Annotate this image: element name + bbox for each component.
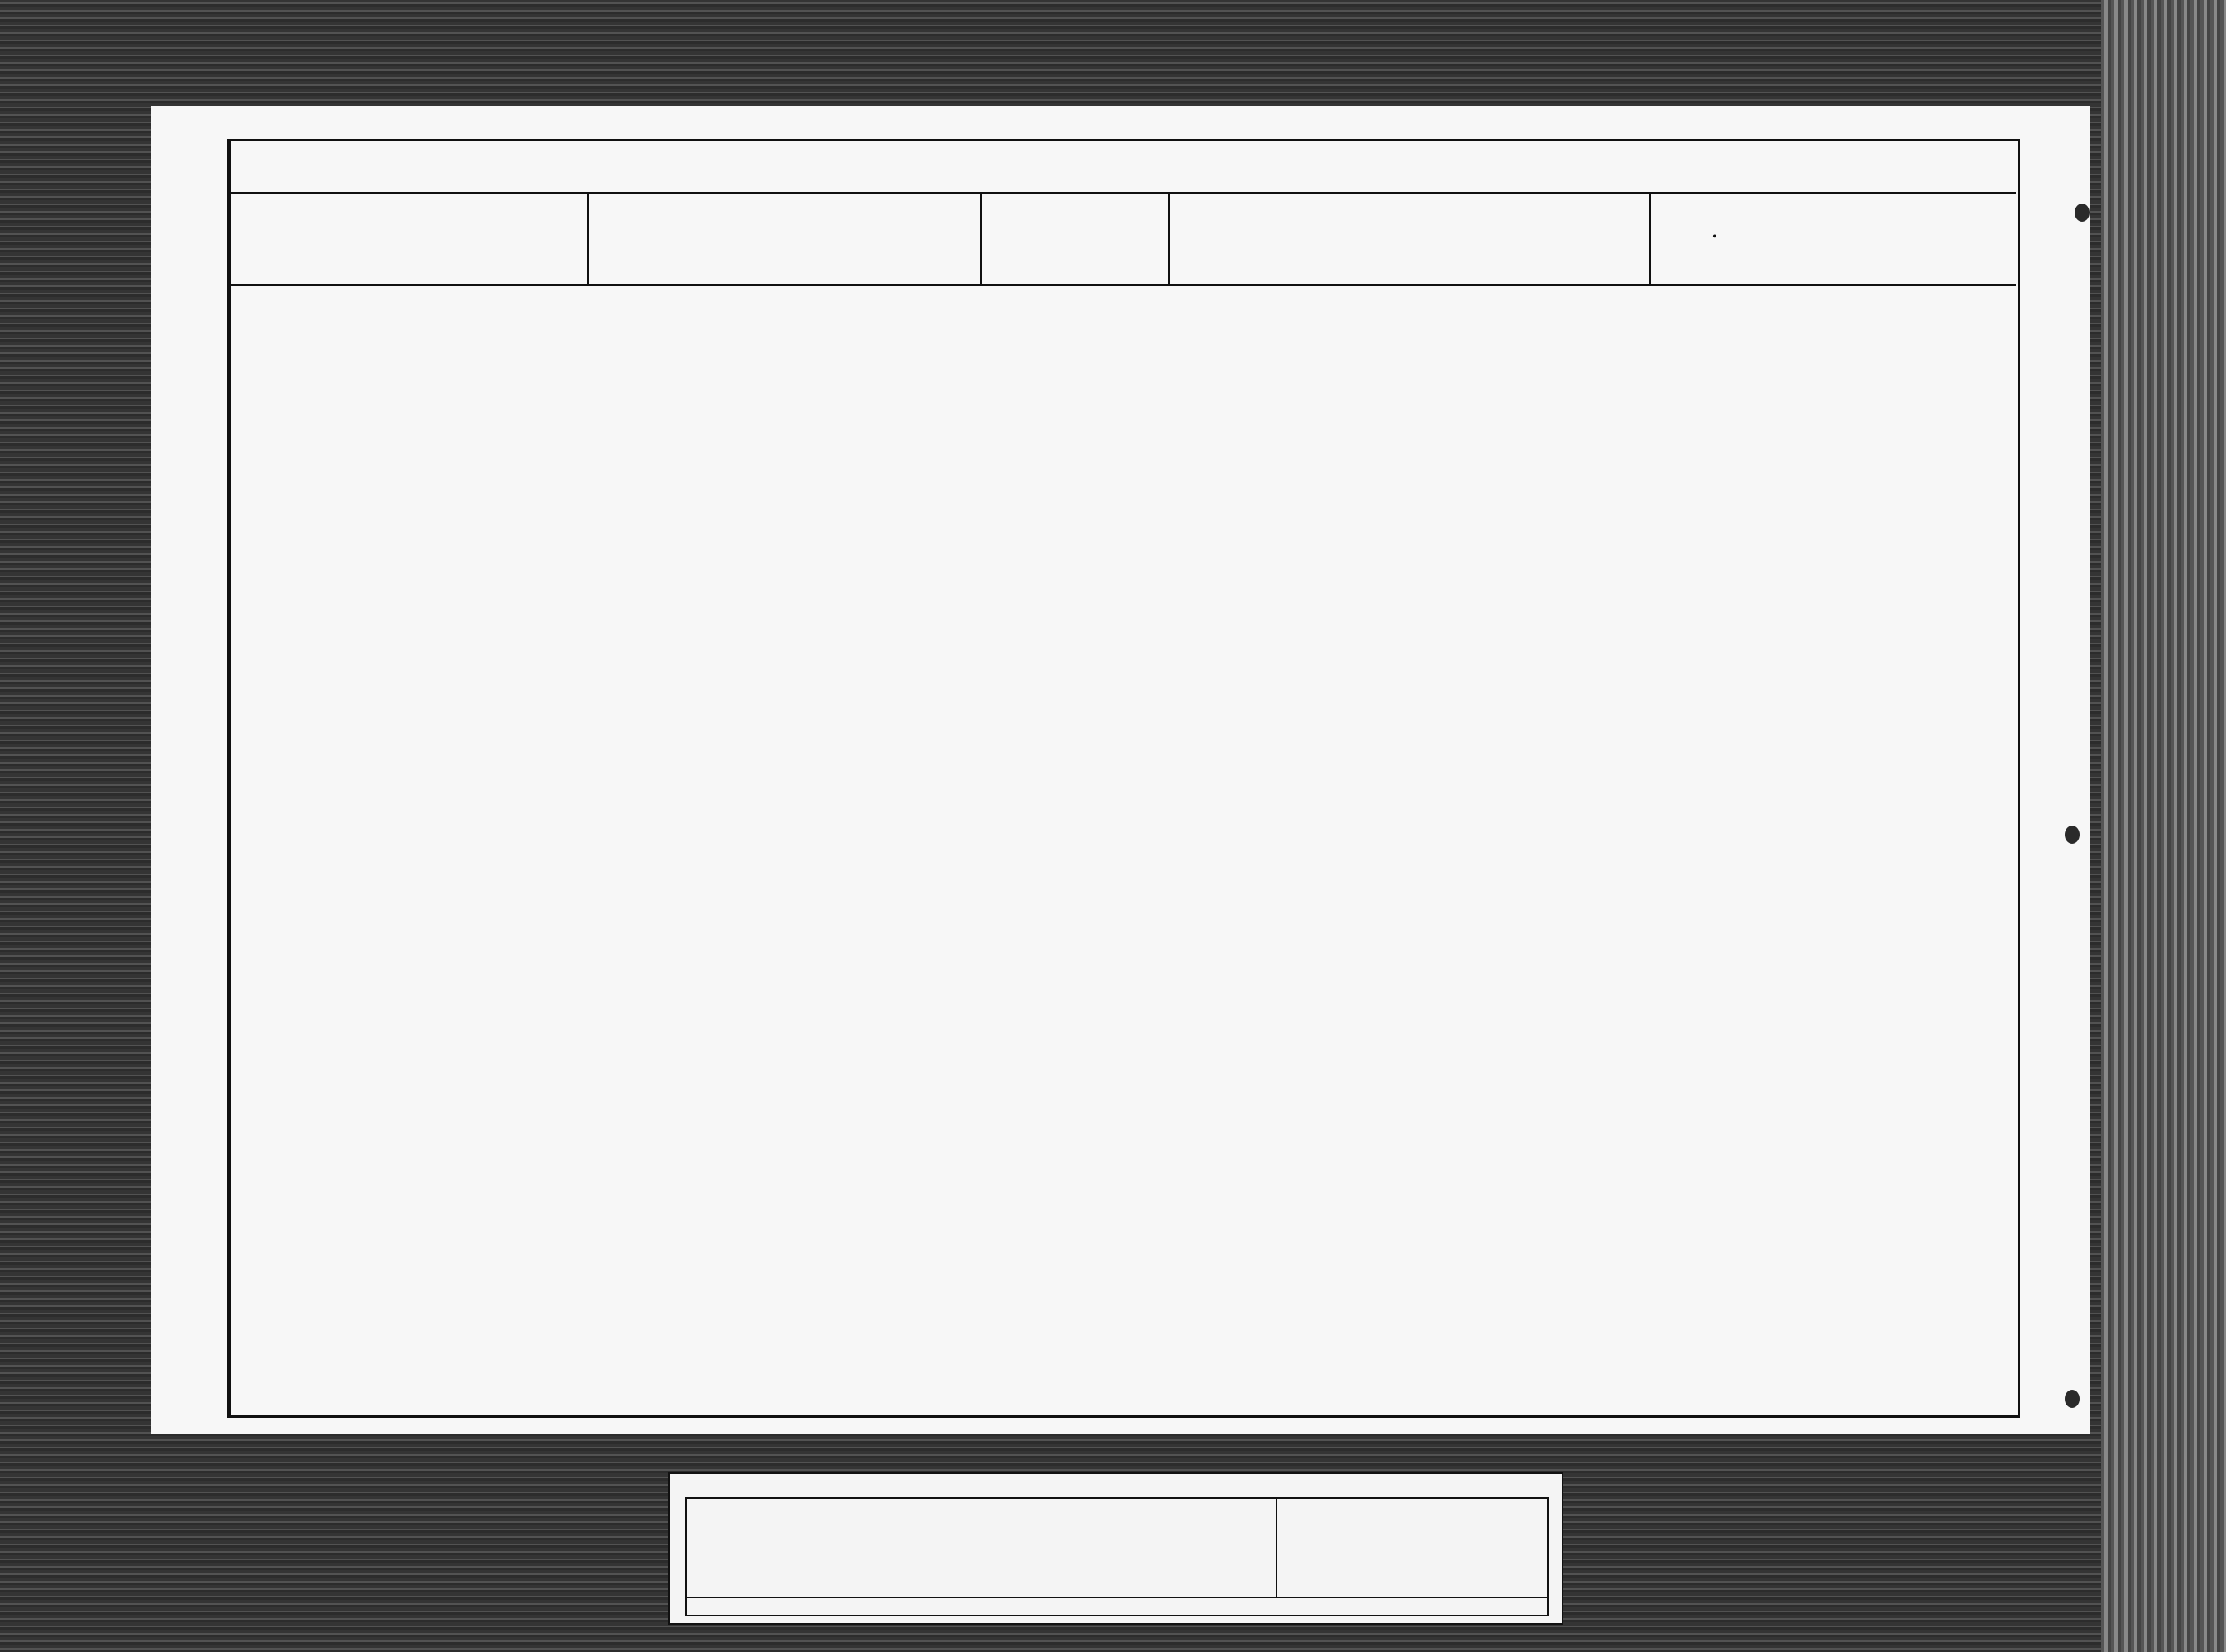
reference-card-inner — [685, 1497, 1549, 1616]
measurement-scale — [1276, 1499, 1547, 1598]
form-frame — [227, 139, 2020, 1418]
scan-edge — [2101, 0, 2226, 1652]
punch-hole-bottom — [2065, 1390, 2080, 1408]
punch-hole-middle — [2065, 826, 2080, 844]
punch-hole-top — [2075, 204, 2090, 222]
reference-card — [668, 1472, 1563, 1625]
eccl-label: • — [1712, 230, 1717, 245]
copyright-divider — [687, 1597, 1547, 1598]
